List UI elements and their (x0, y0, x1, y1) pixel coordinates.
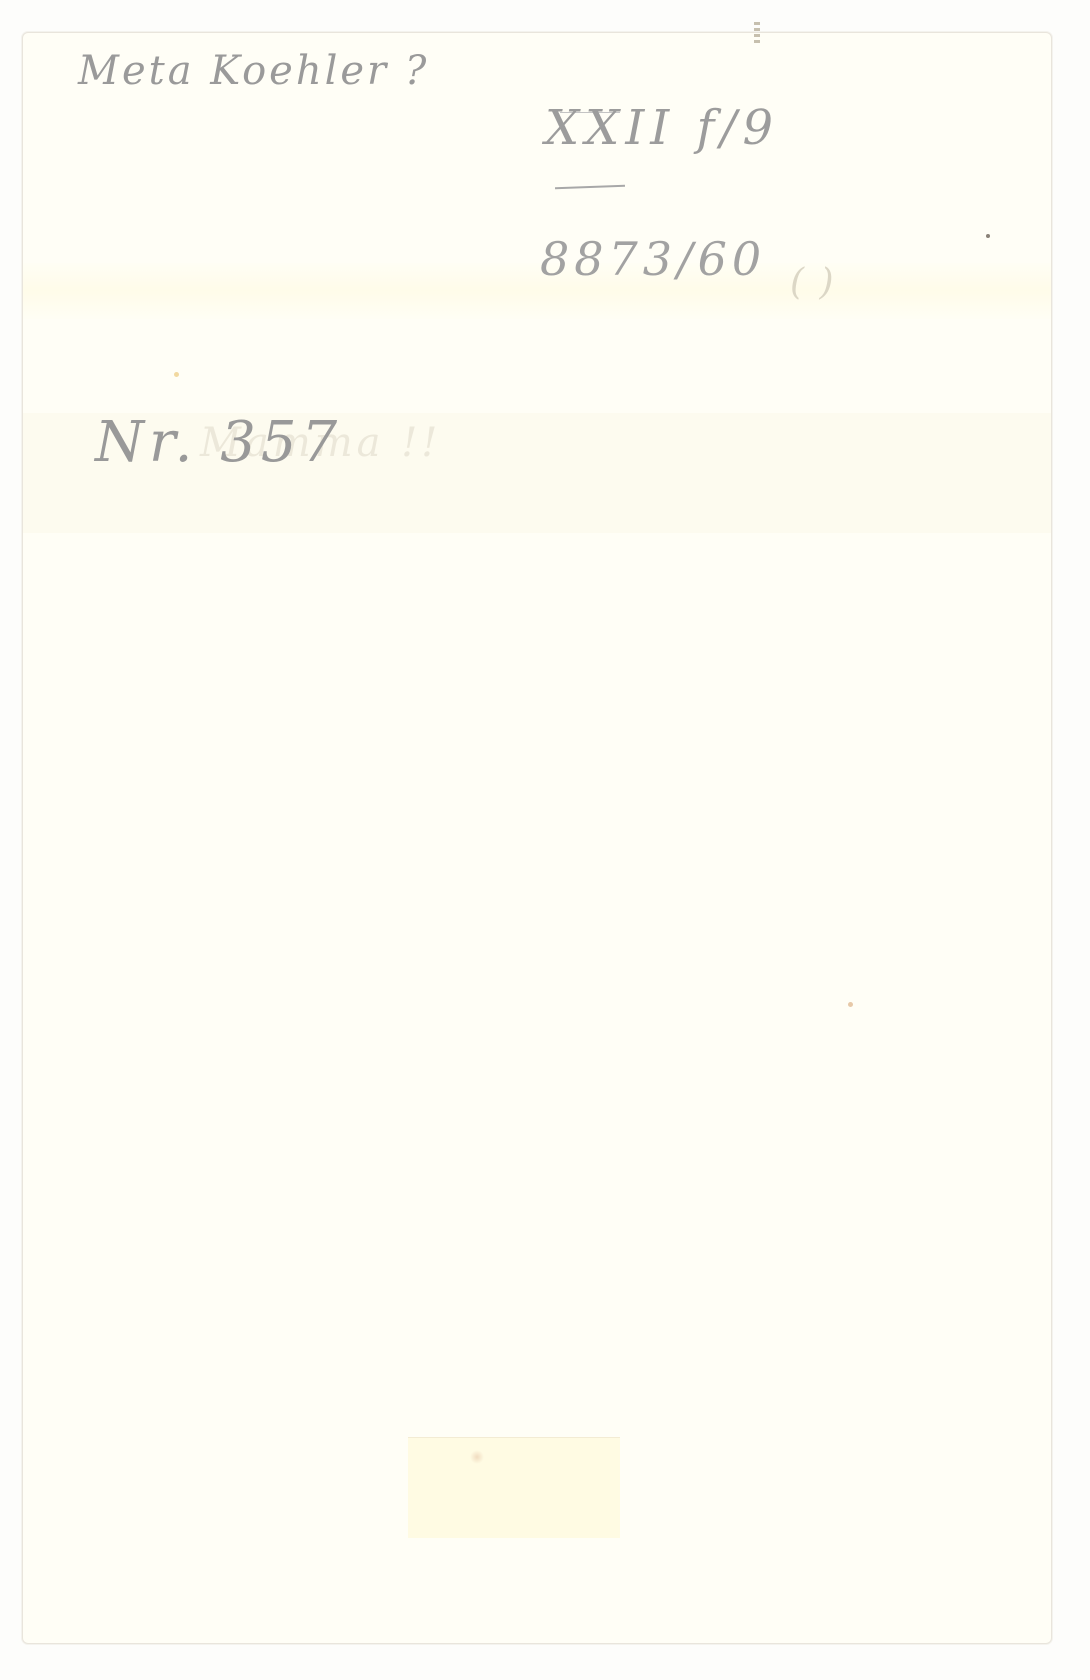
pencil-dot (986, 234, 990, 238)
archive-card (22, 32, 1052, 1644)
stain-dot (174, 372, 179, 377)
faint-bracket-mark: ( ) (790, 262, 836, 303)
handwritten-number: Nr. 357 (95, 410, 342, 475)
label-residue-patch (408, 1437, 620, 1538)
handwritten-shelfmark: XXII f/9 (545, 100, 779, 156)
handwritten-inventory-number: 8873/60 (540, 232, 766, 286)
handwritten-name: Meta Koehler ? (78, 48, 429, 94)
stain-spot (470, 1450, 484, 1464)
edge-mark (754, 22, 760, 46)
paper-band (23, 263, 1051, 319)
stain-dot (848, 1002, 853, 1007)
